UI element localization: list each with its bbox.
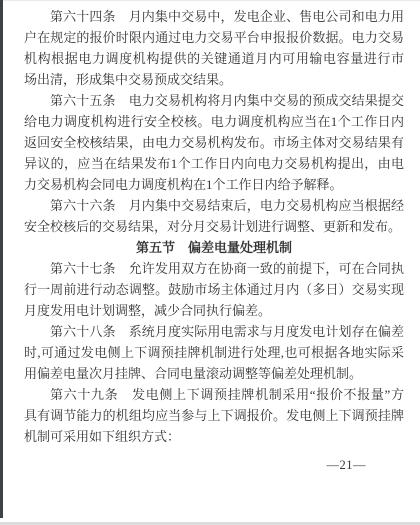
document-line: 行一周前进行动态调整。鼓励市场主体通过月内（多日）交易实现 bbox=[24, 279, 404, 300]
document-line: 月度发用电计划调整，减少合同执行偏差。 bbox=[24, 300, 404, 321]
document-line: 力交易机构会同电力调度机构在1个工作日内给予解释。 bbox=[24, 174, 404, 195]
document-line: 时,可通过发电侧上下调预挂牌机制进行处理,也可根据各地实际采 bbox=[24, 342, 404, 363]
page-number: —21— bbox=[327, 458, 367, 472]
document-line: 第六十五条 电力交易机构将月内集中交易的预成交结果提交 bbox=[24, 90, 404, 111]
document-line: 第六十八条 系统月度实际用电需求与月度发电计划存在偏差 bbox=[24, 321, 404, 342]
document-body: 第六十四条 月内集中交易中，发电企业、售电公司和电力用户在规定的报价时限内通过电… bbox=[24, 6, 404, 447]
document-line: 给电力调度机构进行安全校核。电力调度机构应当在1个工作日内 bbox=[24, 111, 404, 132]
page-left-border bbox=[0, 0, 3, 518]
document-line: 具有调节能力的机组均应当参与上下调报价。发电侧上下调预挂牌 bbox=[24, 405, 404, 426]
document-line: 异议的，应当在结果发布1个工作日内向电力交易机构提出，由电 bbox=[24, 153, 404, 174]
document-line: 机制可采用如下组织方式： bbox=[24, 426, 404, 447]
document-line: 第六十六条 月内集中交易结束后，电力交易机构应当根据经 bbox=[24, 195, 404, 216]
document-line: 户在规定的报价时限内通过电力交易平台申报报价数据。电力交易 bbox=[24, 27, 404, 48]
document-line: 第六十九条 发电侧上下调预挂牌机制采用“报价不报量”方式， bbox=[24, 384, 404, 405]
document-line: 第六十四条 月内集中交易中，发电企业、售电公司和电力用 bbox=[24, 6, 404, 27]
document-line: 用偏差电量次月挂牌、合同电量滚动调整等偏差处理机制。 bbox=[24, 363, 404, 384]
document-line: 安全校核后的交易结果，对分月交易计划进行调整、更新和发布。 bbox=[24, 216, 404, 237]
document-line: 返回安全校核结果，由电力交易机构发布。市场主体对交易结果有 bbox=[24, 132, 404, 153]
page-top-edge bbox=[0, 0, 420, 1]
section-heading: 第五节 偏差电量处理机制 bbox=[24, 237, 404, 258]
document-page: 第六十四条 月内集中交易中，发电企业、售电公司和电力用户在规定的报价时限内通过电… bbox=[0, 0, 420, 525]
document-line: 场出清，形成集中交易预成交结果。 bbox=[24, 69, 404, 90]
document-line: 机构根据电力调度机构提供的关键通道月内可用输电容量进行市 bbox=[24, 48, 404, 69]
document-line: 第六十七条 允许发用双方在协商一致的前提下，可在合同执 bbox=[24, 258, 404, 279]
